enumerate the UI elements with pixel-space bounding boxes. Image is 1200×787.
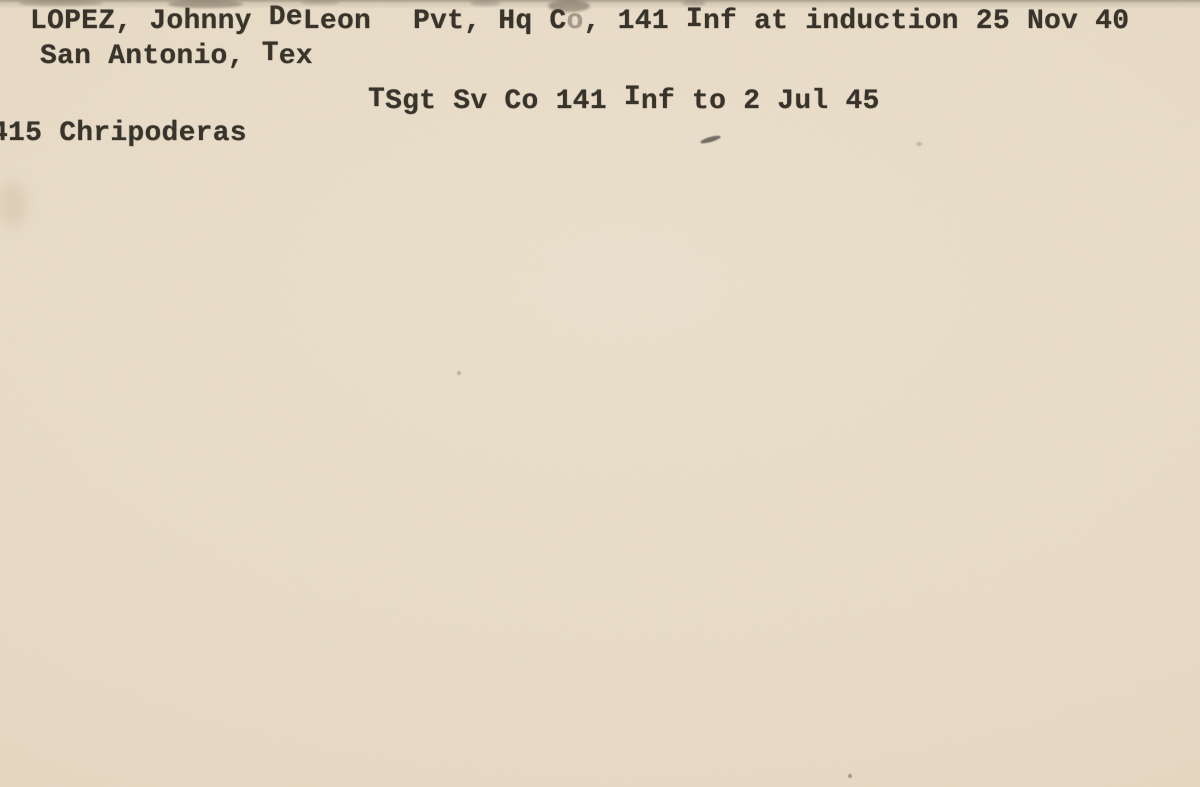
typed-line-rank-at-induction: Pvt, Hq Co, 141 Inf at induction 25 Nov … xyxy=(413,8,1129,36)
typed-text-segment: I xyxy=(686,4,703,35)
typed-text-segment: T xyxy=(368,84,385,115)
typed-line-name: LOPEZ, Johnny DeLeon xyxy=(30,8,371,36)
typed-text-segment: I xyxy=(624,82,641,113)
typed-text-segment: , 141 xyxy=(584,6,686,37)
typed-text-segment: Leon xyxy=(303,6,371,37)
typed-text-segment: o xyxy=(566,6,583,37)
typed-text-segment: LOPEZ, Johnny xyxy=(30,6,269,37)
typed-text-segment: Sgt Sv Co 141 xyxy=(385,86,624,117)
typed-text-segment: nf to 2 Jul 45 xyxy=(641,86,880,117)
typed-text-segment: San Antonio, xyxy=(40,41,262,72)
typed-text-segment: nf at induction 25 Nov 40 xyxy=(703,6,1129,37)
typed-line-discharge-rank: TSgt Sv Co 141 Inf to 2 Jul 45 xyxy=(368,88,880,116)
index-card: LOPEZ, Johnny DeLeonPvt, Hq Co, 141 Inf … xyxy=(0,0,1200,787)
typed-text-segment: De xyxy=(269,2,303,33)
typed-text-segment: ex xyxy=(279,41,313,72)
typed-line-address: 415 Chripoderas xyxy=(0,120,247,148)
typed-text-segment: Pvt, Hq C xyxy=(413,6,566,37)
typed-text-layer: LOPEZ, Johnny DeLeonPvt, Hq Co, 141 Inf … xyxy=(0,0,1200,787)
typed-text-segment: T xyxy=(262,38,279,69)
typed-line-city: San Antonio, Tex xyxy=(40,43,313,71)
typed-text-segment: 415 Chripoderas xyxy=(0,118,247,149)
